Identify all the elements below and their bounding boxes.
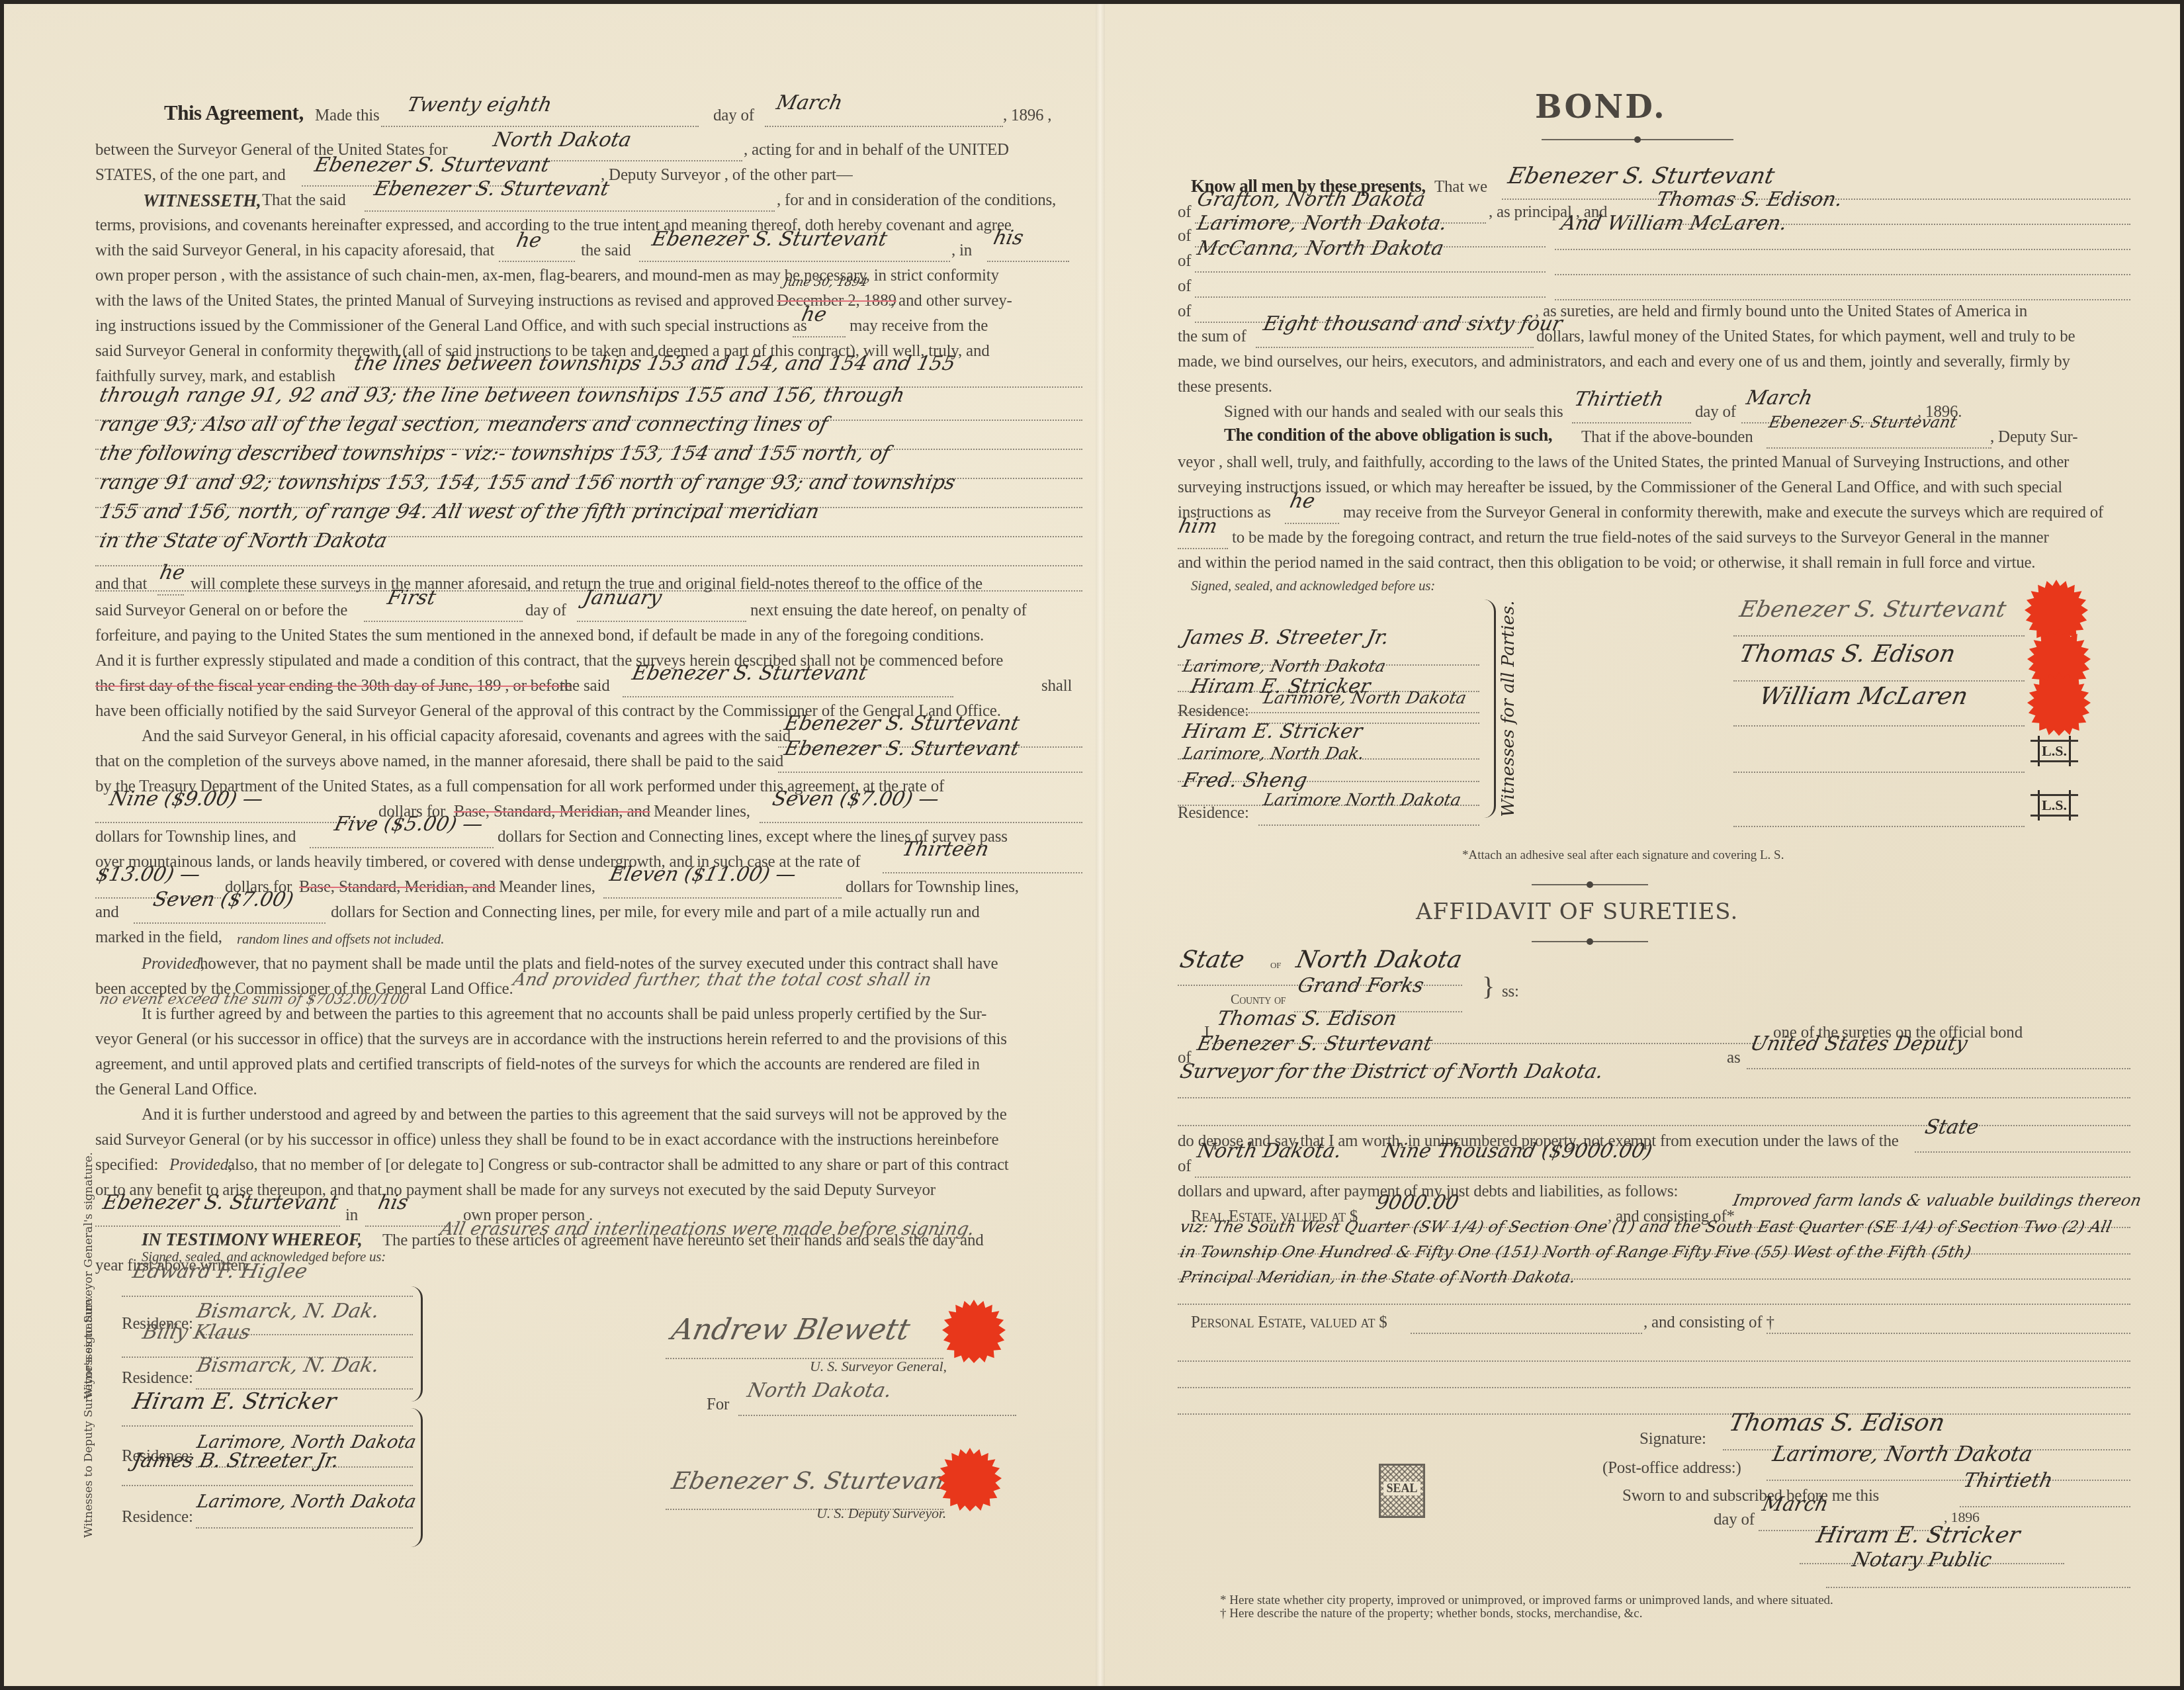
postoffice-label: (Post-office address:) [1602, 1458, 1741, 1478]
footnote-2: † Here describe the nature of the proper… [1220, 1607, 1642, 1621]
surety2-name: And William McLaren. [1559, 212, 1789, 235]
line-condition-6: and within the period named in the said … [1178, 553, 2035, 573]
residence-label: Residence: [122, 1507, 193, 1527]
survey-description-line: through range 91, 92 and 93; the line be… [97, 384, 906, 407]
he-text: he [514, 229, 544, 252]
rate5-post: dollars for Township lines, [846, 877, 1019, 897]
condition-name: Ebenezer S. Sturtevant [1767, 413, 1958, 431]
affidavit-principal: Ebenezer S. Sturtevant [1195, 1032, 1434, 1055]
bond-title: BOND. [1535, 89, 1667, 126]
affiant-signature: Thomas S. Edison [1727, 1409, 1948, 1437]
ls-label: L.S. [2040, 797, 2069, 814]
line-consideration: , for and in consideration of the condit… [777, 191, 1056, 210]
surety1-place: Larimore, North Dakota. [1195, 212, 1449, 235]
personal-consisting-label: , and consisting of † [1643, 1313, 1774, 1333]
witness-label-deputy: Witnesses to Deputy Surveyor's signature… [82, 1412, 95, 1538]
ss-label: ss: [1502, 982, 1519, 1002]
notary-title: Notary Public [1850, 1548, 1993, 1572]
line-agreed: It is further agreed by and between the … [142, 1004, 986, 1024]
condition-him: him [1176, 515, 1219, 538]
survey-description-line: range 91 and 92; townships 153, 154, 155… [97, 471, 957, 494]
rate4-amount: $13.00) — [94, 863, 202, 886]
depose-state: State [1923, 1116, 1981, 1139]
line-condition-5: to be made by the foregoing contract, an… [1232, 528, 2049, 548]
survey-description-line: range 93; Also all of the legal section,… [97, 413, 830, 436]
surety1-name: Thomas S. Edison. [1654, 188, 1845, 211]
day-of-label: day of [713, 106, 754, 126]
signature-label: Signature: [1639, 1429, 1706, 1449]
witness-name: Hiram E. Stricker [130, 1388, 339, 1415]
own-his: his [376, 1191, 410, 1214]
deputy-signature: Ebenezer S. Sturtevant [670, 1468, 957, 1495]
rate3-amount: Five ($5.00) — [332, 813, 485, 836]
residence-label: Residence: [122, 1368, 193, 1388]
for-state: North Dakota. [745, 1379, 894, 1402]
surety2-place: McCanna, North Dakota [1195, 237, 1446, 260]
of-label: of [1178, 226, 1191, 246]
line-may-receive: may receive from the [850, 316, 988, 336]
affidavit-county: Grand Forks [1295, 974, 1426, 997]
line-that-the-said: That the said [262, 191, 346, 210]
line-lawful-money: dollars, lawful money of the United Stat… [1536, 327, 2075, 347]
own-name: Ebenezer S. Sturtevant [101, 1191, 340, 1214]
ornament-divider [1532, 881, 1648, 888]
line-understood-3: also, that no member of [or delegate to]… [228, 1155, 1009, 1175]
rate6-post: dollars for Section and Connecting lines… [331, 903, 980, 922]
line-condition-4: may receive from the Surveyor General in… [1343, 503, 2103, 523]
ornament-divider [1542, 136, 1733, 143]
line-penalty: next ensuing the date hereof, on penalty… [750, 601, 1027, 621]
affiant-name: Thomas S. Edison [1215, 1007, 1399, 1030]
provided-label-2: Provided, [169, 1155, 232, 1175]
line-forfeiture: forfeiture, and paying to the United Sta… [95, 626, 984, 646]
principal-name: Ebenezer S. Sturtevant [1506, 163, 1777, 189]
line-agreed-2: veyor General (or his successor in offic… [95, 1030, 1007, 1049]
line-special-instructions: ing instructions issued by the Commissio… [95, 316, 807, 336]
condition-heading: The condition of the above obligation is… [1224, 425, 1552, 445]
line-signed-with-hands: Signed with our hands and sealed with ou… [1224, 402, 1563, 422]
brace: } [1482, 977, 1495, 997]
surveyor-general-signature: Andrew Blewett [669, 1313, 913, 1347]
attach-seal-note: *Attach an adhesive seal after each sign… [1462, 848, 1784, 863]
red-seal [2027, 672, 2091, 736]
worth-amount: Nine Thousand ($9000.00) [1380, 1139, 1655, 1163]
before-month: January [581, 586, 664, 609]
rate3-label: dollars for Township lines, and [95, 827, 296, 847]
center-fold [1096, 4, 1105, 1686]
special-he: he [799, 303, 829, 326]
provided-further-note: And provided further, that the total cos… [511, 970, 934, 990]
of-label: of [1178, 1157, 1191, 1177]
line-manual: with the laws of the United States, the … [95, 291, 774, 311]
for-label: For [707, 1395, 729, 1415]
fiscal-name: Ebenezer S. Sturtevant [630, 662, 869, 685]
mountain-amount: Thirteen [900, 838, 991, 861]
ls-seal-box: L.S. [2038, 736, 2071, 766]
footnote-1: * Here state whether city property, impr… [1220, 1593, 1833, 1608]
witnesseth-heading: WITNESSETH, [143, 191, 261, 210]
line-condition-2: veyor , shall well, truly, and faithfull… [1178, 453, 2069, 472]
sworn-month: March [1760, 1493, 1831, 1516]
bond-signature-surety1: Thomas S. Edison [1737, 641, 1958, 668]
line-completion: that on the completion of the surveys ab… [95, 752, 783, 772]
agreement-state: North Dakota [491, 128, 633, 152]
sworn-dayof-label: day of [1714, 1510, 1755, 1530]
shall-label: shall [1041, 676, 1072, 696]
real-estate-desc-line: Principal Meridian, in the State of Nort… [1178, 1268, 1577, 1286]
line-covenants: And the said Surveyor General, in his of… [142, 727, 791, 746]
bond-signature-surety2: William McLaren [1757, 683, 1970, 710]
his-text: his [991, 226, 1026, 249]
surveyor-general-title: U. S. Surveyor General, [810, 1356, 947, 1376]
bond-signature-line [1733, 803, 2025, 827]
of-label: of [1178, 302, 1191, 322]
worth-state: North Dakota. [1195, 1139, 1344, 1163]
as-label: as [1727, 1048, 1740, 1068]
struck-fiscal-year: the first day of the fiscal year ending … [95, 676, 572, 696]
rate4-meander: Meander lines, [499, 877, 595, 897]
affidavit-capacity-2: Surveyor for the District of North Dakot… [1178, 1060, 1605, 1083]
survey-description-line: the lines between townships 153 and 154,… [352, 352, 957, 375]
sworn-day: Thirtieth [1961, 1469, 2055, 1492]
notary-seal-box: SEAL [1379, 1464, 1425, 1518]
witness-residence: Larimore, North Dakota [195, 1491, 418, 1512]
sum-label: the sum of [1178, 327, 1246, 347]
blank-field [1555, 277, 2130, 300]
witness-residence: Bismarck, N. Dak. [195, 1354, 381, 1377]
the-said-label: the said [581, 241, 631, 261]
witness-residence: Bismarck, N. Dak. [195, 1300, 381, 1323]
personal-estate-label: Personal Estate, valued at $ [1191, 1313, 1387, 1333]
blank-field [1195, 274, 1546, 298]
postoffice-address: Larimore, North Dakota [1770, 1441, 2035, 1466]
red-seal [942, 1300, 1006, 1363]
bond-witness-name: Fred. Sheng [1180, 769, 1309, 792]
ornament-divider [1532, 938, 1648, 945]
seal-label: SEAL [1383, 1482, 1420, 1495]
bond-witness-residence: Larimore, North Dak. [1181, 744, 1366, 763]
affidavit-capacity: United States Deputy [1748, 1032, 1970, 1055]
complete-he: he [157, 561, 187, 584]
bond-witness-residence: Larimore North Dakota [1262, 790, 1463, 809]
residence-label: Residence: [1178, 803, 1249, 823]
signed-day: Thirtieth [1572, 388, 1666, 411]
covenants-name: Ebenezer S. Sturtevant [782, 712, 1022, 735]
bond-panel: BOND. Know all men by these presents, Th… [1105, 4, 2180, 1686]
rate6-and: and [95, 903, 119, 922]
deputy-sur-label: , Deputy Sur- [1990, 427, 2077, 447]
notary-signature: Hiram E. Stricker [1814, 1522, 2023, 1548]
before-day: First [385, 586, 438, 609]
of-small-label: of [1270, 954, 1281, 974]
bond-signature-line [1733, 749, 2025, 773]
year: , 1896 , [1003, 106, 1051, 126]
line-acting-for: , acting for and in behalf of the UNITED [744, 140, 1009, 160]
witness-name: Billy Klaus [140, 1321, 252, 1344]
red-seal [938, 1448, 1002, 1511]
real-estate-value: 9000.00 [1374, 1191, 1461, 1214]
random-lines-note: random lines and offsets not included. [237, 929, 444, 949]
rate4-struck: Base, Standard, Meridian, and [299, 877, 496, 897]
line-agreed-4: the General Land Office. [95, 1080, 257, 1100]
condition-he: he [1288, 490, 1317, 513]
affidavit-title: AFFIDAVIT OF SURETIES. [1416, 899, 1738, 925]
blank-field [1555, 251, 2130, 275]
witnesses-all-parties: Witnesses for all Parties. [1502, 600, 1515, 818]
of-label: of [1178, 277, 1191, 296]
real-estate-desc-line: viz: The South West Quarter (SW 1/4) of … [1178, 1218, 2113, 1236]
bond-witness-residence: Larimore, North Dakota [1181, 656, 1387, 676]
bond-witness-name: James B. Streeter Jr. [1180, 626, 1391, 649]
bond-witness-name: Hiram E. Stricker [1180, 720, 1364, 743]
bond-witness-residence: Larimore, North Dakota [1262, 688, 1468, 707]
in-label: , in [951, 241, 972, 261]
line-understood-2: said Surveyor General (or by his success… [95, 1130, 998, 1150]
line-marked: marked in the field, [95, 928, 222, 948]
specified-label: specified: [95, 1155, 158, 1175]
ls-seal-box: L.S. [2038, 790, 2071, 821]
document-sheet: This Agreement, Made this Twenty eighth … [4, 4, 2180, 1686]
real-estate-desc-line: Improved farm lands & valuable buildings… [1731, 1191, 2143, 1210]
and-that-label: and that [95, 574, 147, 594]
line-capacity: with the said Surveyor General, in his c… [95, 241, 494, 261]
affidavit-state: North Dakota [1294, 946, 1465, 973]
survey-description-line: in the State of North Dakota [97, 529, 389, 553]
bond-signature-principal: Ebenezer S. Sturtevant [1737, 596, 2009, 623]
own-in-label: in [345, 1206, 358, 1225]
struck-date: December 2, 1889 [777, 291, 896, 311]
rate1-meander: Meander lines, [654, 802, 750, 822]
the-said-label-2: the said [560, 676, 609, 696]
personal-value-field [1411, 1310, 1642, 1334]
line-agreed-3: agreement, and until approved plats and … [95, 1055, 980, 1075]
signed-month: March [1744, 386, 1815, 410]
inserted-date: June 30, 1894 [782, 275, 869, 289]
line-deputy-surveyor: , Deputy Surveyor , of the other part— [601, 165, 853, 185]
said-name: Ebenezer S. Sturtevant [372, 177, 611, 200]
principal-place: Grafton, North Dakota [1195, 188, 1427, 211]
survey-description-line: 155 and 156, north, of range 94. All wes… [97, 500, 821, 523]
provided-label: Provided, [142, 954, 204, 974]
sworn-label: Sworn to and subscribed before me this [1622, 1486, 1879, 1506]
blank-field [1178, 1364, 2130, 1388]
agreement-day: Twenty eighth [405, 93, 554, 116]
line-as-sureties: , as sureties, are held and firmly bound… [1535, 302, 2027, 322]
residence-label: Residence: [1178, 701, 1249, 721]
real-estate-desc-line: in Township One Hundred & Fifty One (151… [1178, 1243, 1973, 1261]
capacity-name: Ebenezer S. Sturtevant [650, 228, 889, 251]
line-understood: And it is further understood and agreed … [142, 1105, 1007, 1125]
personal-desc-field [1767, 1310, 2130, 1334]
deputy-title: U. S. Deputy Surveyor. [816, 1503, 946, 1523]
blank-field [1178, 1391, 2130, 1415]
completion-name: Ebenezer S. Sturtevant [782, 737, 1022, 760]
bond-witness-bracket [1482, 600, 1496, 818]
line-these-presents: these presents. [1178, 377, 1272, 397]
blank-field [1178, 1102, 2130, 1126]
before-dayof-label: day of [525, 601, 566, 621]
line-bind: made, we bind ourselves, our heirs, exec… [1178, 352, 2070, 372]
state-word: State [1178, 946, 1247, 973]
line-one-part: STATES, of the one part, and [95, 165, 285, 185]
rate1-amount: Nine ($9.00) — [107, 787, 265, 811]
survey-description-line: the following described townships - viz:… [97, 442, 892, 465]
ls-label: L.S. [2040, 742, 2069, 760]
witness-name: James B. Streeter Jr. [130, 1449, 341, 1472]
that-we-label: That we [1434, 177, 1487, 197]
bond-sum: Eight thousand and sixty four [1261, 312, 1564, 335]
line-above-bounden: That if the above-bounden [1581, 427, 1753, 447]
erasures-note: All erasures and interlineations were ma… [439, 1219, 977, 1239]
rate5-amount: Eleven ($11.00) — [607, 863, 798, 886]
rate2-amount: Seven ($7.00) — [770, 787, 941, 811]
made-this-label: Made this [315, 106, 380, 126]
bond-signed-sealed-label: Signed, sealed, and acknowledged before … [1191, 576, 1435, 596]
line-other-survey: , and other survey- [891, 291, 1012, 311]
agreement-panel: This Agreement, Made this Twenty eighth … [4, 4, 1096, 1686]
deputy-name: Ebenezer S. Sturtevant [312, 154, 552, 177]
witness-name: Edward F. Higlee [130, 1260, 309, 1283]
rate6-amount: Seven ($7.00) [151, 888, 296, 911]
agreement-month: March [774, 91, 845, 114]
signed-dayof-label: day of [1695, 402, 1736, 422]
line-on-or-before: said Surveyor General on or before the [95, 601, 347, 621]
of-label: of [1178, 251, 1191, 271]
blank-field [1178, 1338, 2130, 1362]
of-label: of [1178, 202, 1191, 222]
agreement-heading: This Agreement, [164, 103, 304, 123]
